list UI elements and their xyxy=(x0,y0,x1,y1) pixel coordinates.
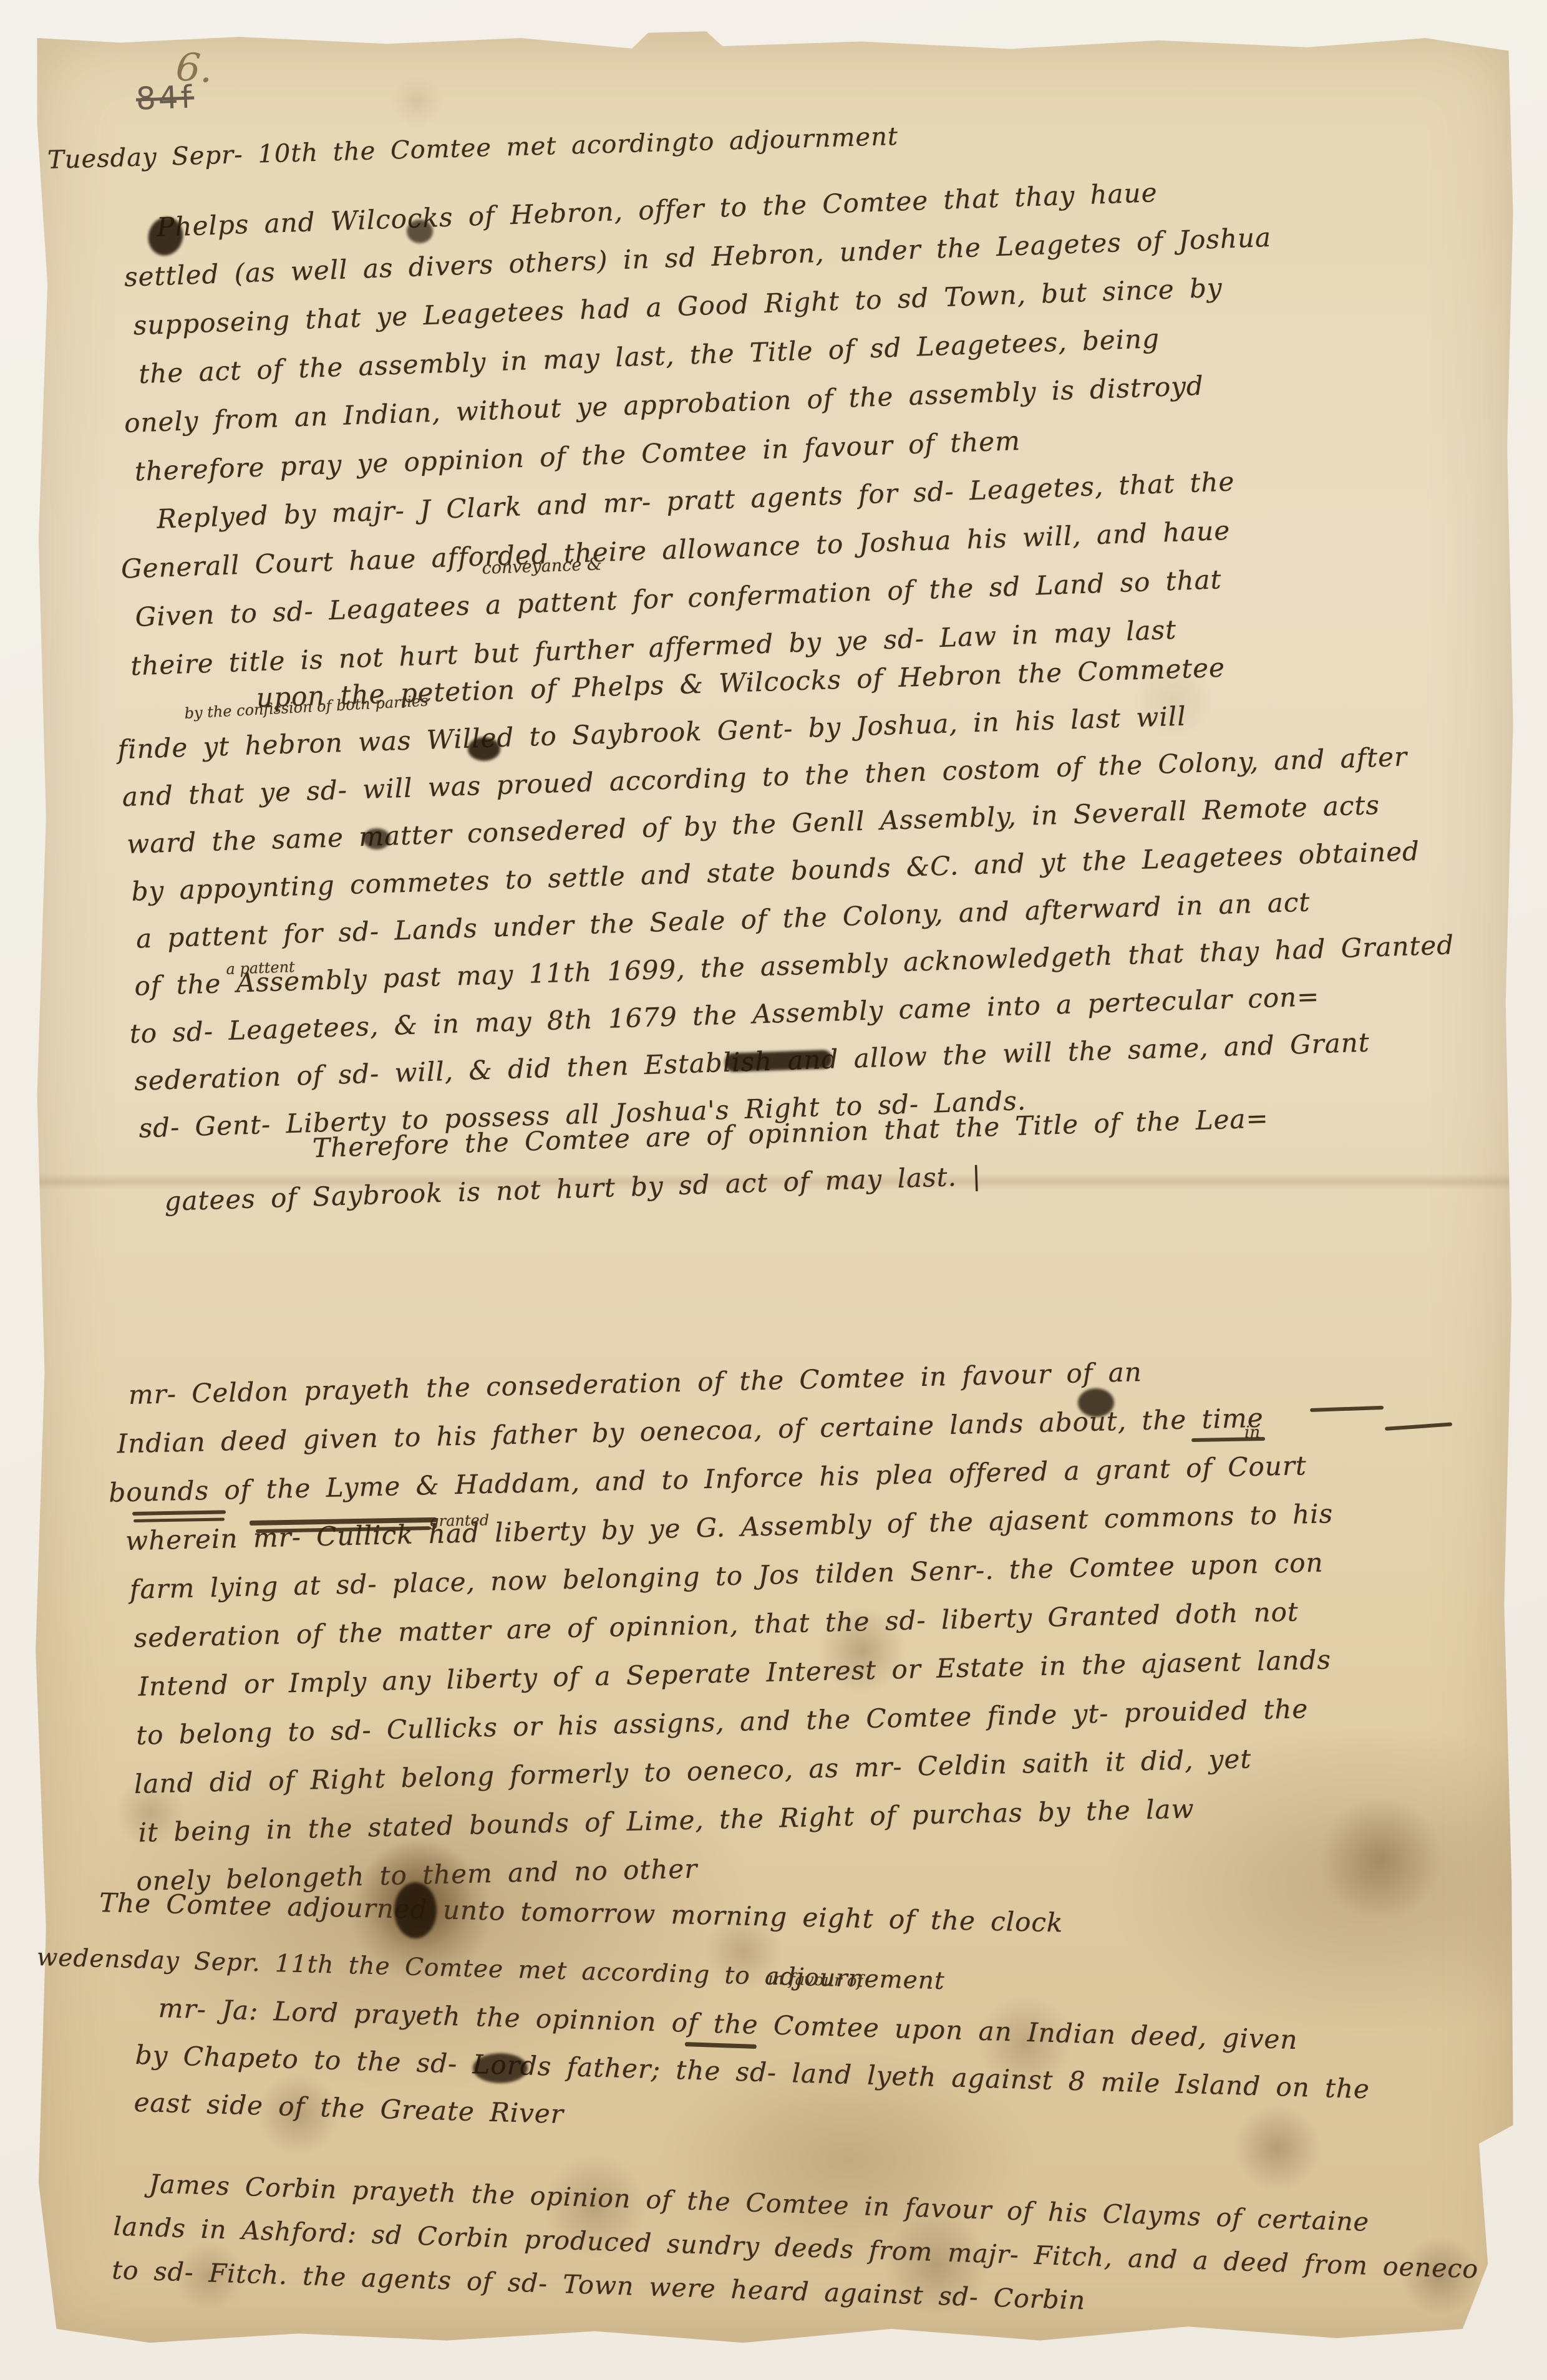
paragraph-phelps-petition: Phelps and Wilcocks of Hebron, offer to … xyxy=(122,165,1279,496)
ink-blot xyxy=(394,1882,437,1938)
ink-blot xyxy=(363,828,390,849)
ink-blot xyxy=(407,220,433,243)
ink-blot xyxy=(473,2053,528,2083)
interlined-insertion: granted xyxy=(429,1511,489,1530)
ink-blot xyxy=(1078,1388,1114,1417)
interlined-insertion: in favour of xyxy=(768,1970,863,1991)
paragraph-celdon-petition: mr- Celdon prayeth the consederation of … xyxy=(128,1343,1341,1905)
ink-strikeout-blot xyxy=(725,1050,833,1072)
entry-number-ink: 6. xyxy=(175,44,215,92)
interlined-insertion: a pattent xyxy=(226,958,295,978)
ink-blot xyxy=(468,737,500,761)
